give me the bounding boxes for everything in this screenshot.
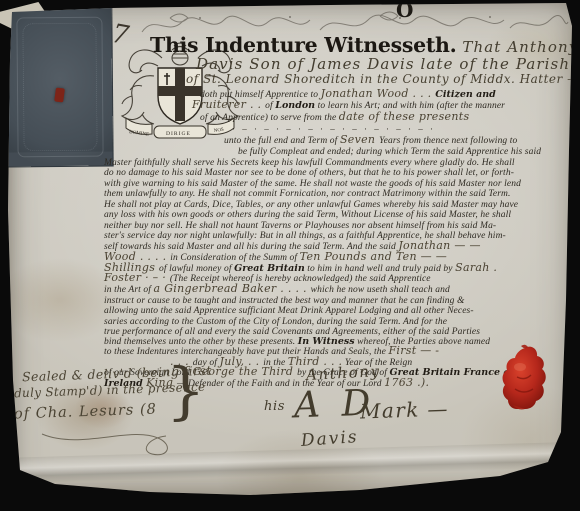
document-line: This Indenture Witnesseth. That Anthony: [150, 33, 578, 57]
signature-mark-label: Mark —: [360, 396, 450, 423]
heading-blackletter: This Indenture Witnesseth.: [150, 33, 456, 57]
signature-his: his: [264, 399, 285, 414]
handwritten-text: Sarah .: [455, 261, 497, 274]
red-wax-seal: [501, 343, 549, 415]
handwritten-text: That Anthony: [456, 38, 578, 56]
indenture-photograph: O 7: [0, 0, 580, 511]
signature-last-name: Davis: [300, 427, 359, 451]
parchment-document: O 7: [0, 0, 580, 511]
handwritten-text: 1763 .).: [384, 376, 429, 389]
witness-brace: }: [166, 360, 205, 422]
witness-underline-flourish: [40, 420, 190, 460]
